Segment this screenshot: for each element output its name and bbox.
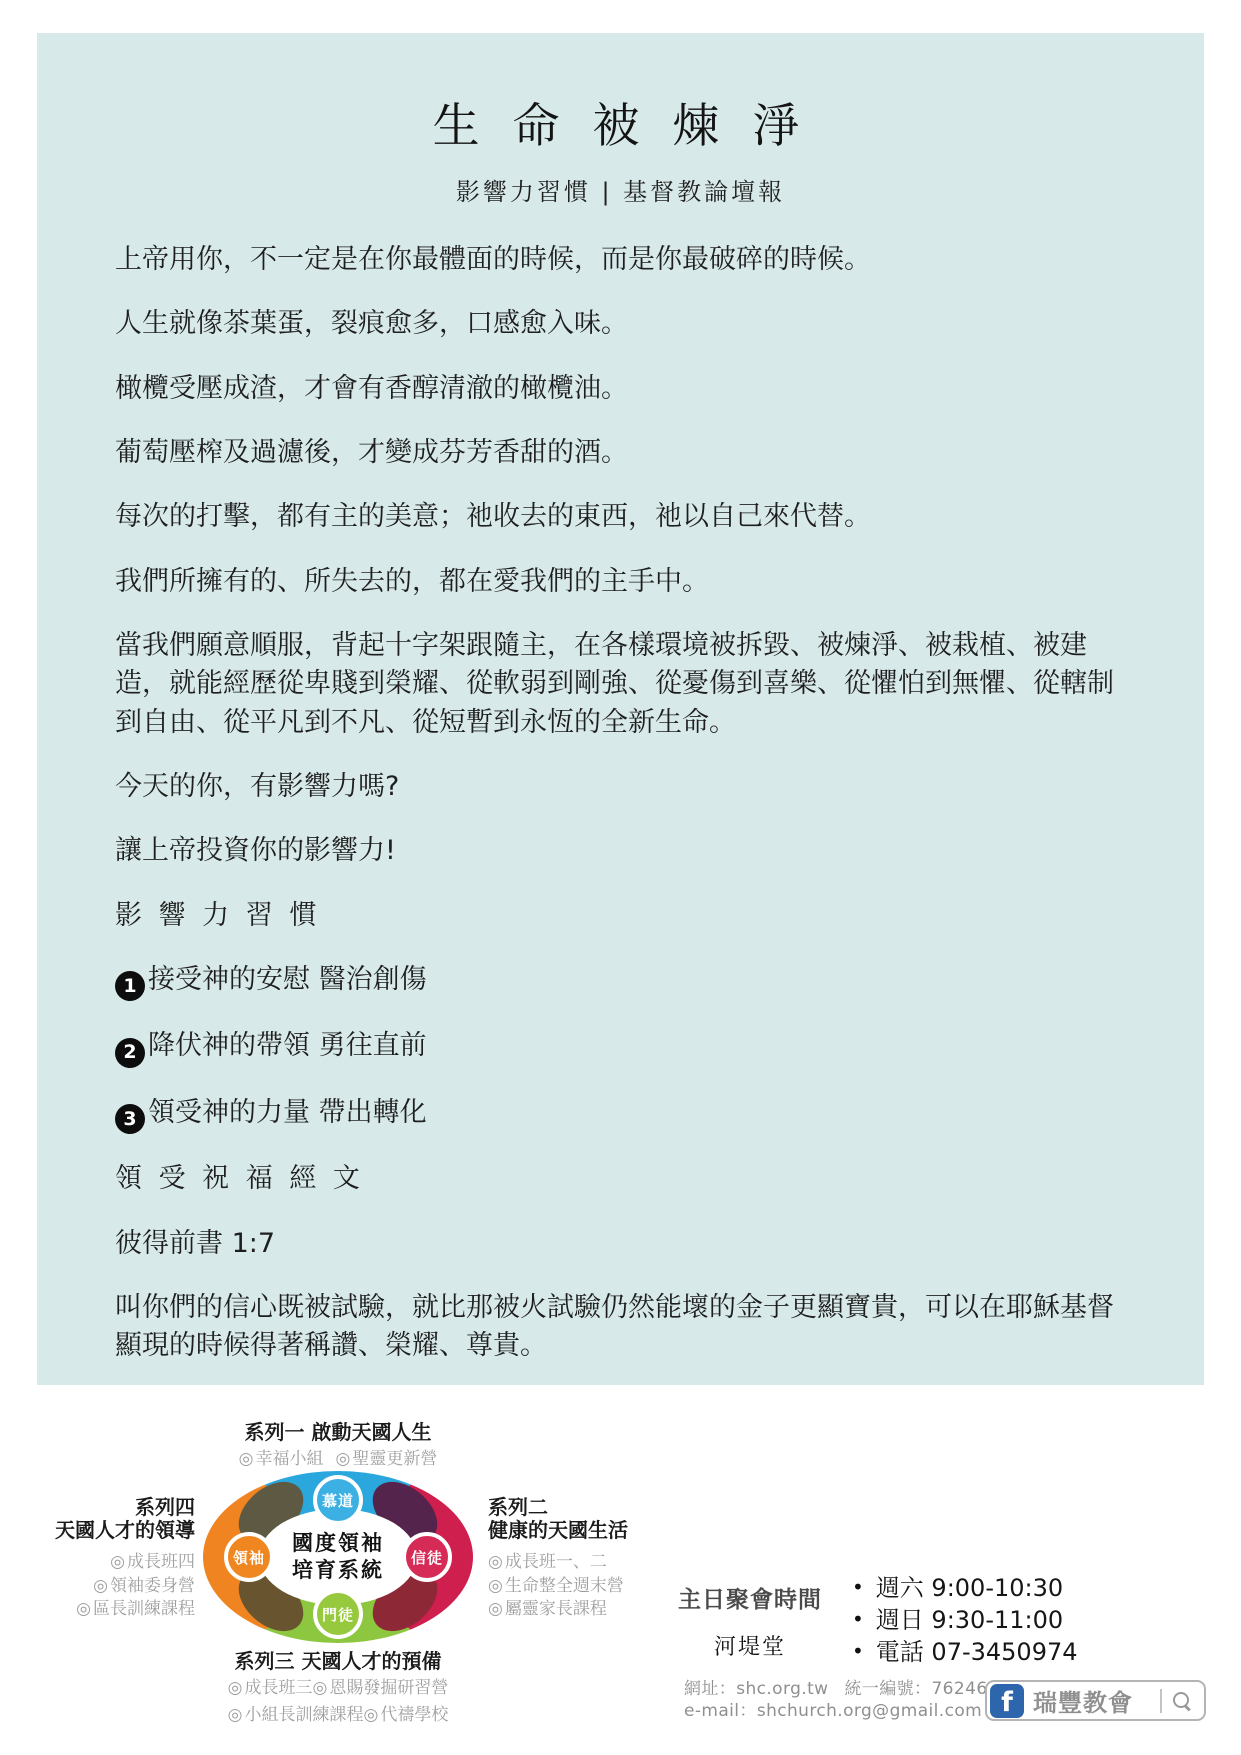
paragraph: 橄欖受壓成渣，才會有香醇清澈的橄欖油。 (115, 370, 1126, 408)
series-4-items: ◎成長班四 ◎領袖委身營 ◎區長訓練課程 (40, 1551, 195, 1622)
ring-center-title: 國度領袖培育系統 (292, 1530, 384, 1584)
series-item: 成長班三 (245, 1678, 313, 1698)
number-1-badge: 1 (115, 971, 145, 1001)
node-disciple: 門徒 (313, 1589, 363, 1639)
facebook-page-name: 瑞豐教會 (1033, 1683, 1133, 1718)
series-item: 屬靈家長課程 (505, 1599, 607, 1619)
paragraph: 每次的打擊，都有主的美意；祂收去的東西，祂以自己來代替。 (115, 498, 1126, 536)
number-3-badge: 3 (115, 1104, 145, 1134)
series-2-items: ◎成長班一、二 ◎生命整全週末營 ◎屬靈家長課程 (488, 1551, 668, 1622)
series-1-block: 系列一 啟動天國人生 ◎幸福小組◎聖靈更新營 (98, 1421, 578, 1471)
number-2-badge: 2 (115, 1038, 145, 1068)
paragraph: 人生就像茶葉蛋，裂痕愈多，口感愈入味。 (115, 305, 1126, 343)
service-time-item: •週日 9:30-11:00 (852, 1604, 1078, 1636)
service-heading: 主日聚會時間 (648, 1581, 852, 1614)
poster-subtitle: 影響力習慣 | 基督教論壇報 (37, 172, 1204, 207)
habit-text: 降伏神的帶領 勇往直前 (148, 1030, 427, 1061)
bullseye-icon: ◎ (239, 1449, 254, 1469)
bullseye-icon: ◎ (93, 1576, 108, 1596)
bullseye-icon: ◎ (228, 1678, 243, 1698)
series-item: 生命整全週末營 (505, 1576, 624, 1596)
search-icon (1173, 1692, 1190, 1709)
habits-heading: 影 響 力 習 慣 (115, 897, 1126, 935)
verse-text: 叫你們的信心既被試驗，就比那被火試驗仍然能壞的金子更顯寶貴，可以在耶穌基督顯現的… (115, 1289, 1126, 1366)
bullseye-icon: ◎ (364, 1705, 379, 1725)
paragraph: 當我們願意順服，背起十字架跟隨主，在各樣環境被拆毀、被煉淨、被栽植、被建造，就能… (115, 627, 1126, 742)
series-4-block: 系列四天國人才的領導 ◎成長班四 ◎領袖委身營 ◎區長訓練課程 (40, 1496, 195, 1622)
bullseye-icon: ◎ (488, 1552, 503, 1572)
series-item: 恩賜發掘研習營 (329, 1678, 448, 1698)
service-time-item: •電話 07-3450974 (852, 1636, 1078, 1668)
service-location: 河堤堂 (648, 1630, 852, 1661)
series-item: 成長班四 (127, 1552, 195, 1572)
series-2-title: 系列二健康的天國生活 (488, 1496, 668, 1542)
training-cycle-ring: 國度領袖培育系統 慕道 信徒 門徒 領袖 (203, 1471, 473, 1643)
series-4-title: 系列四天國人才的領導 (40, 1496, 195, 1542)
website-url: shc.org.tw (736, 1679, 828, 1699)
series-3-items: ◎小組長訓練課程◎代禱學校 (98, 1704, 578, 1727)
service-times-list: •週六 9:00-10:30 •週日 9:30-11:00 •電話 07-345… (852, 1572, 1078, 1668)
email-line: e-mail：shchurch.org@gmail.com (684, 1700, 1021, 1722)
series-2-block: 系列二健康的天國生活 ◎成長班一、二 ◎生命整全週末營 ◎屬靈家長課程 (488, 1496, 668, 1622)
bullseye-icon: ◎ (228, 1705, 243, 1725)
series-1-items: ◎幸福小組◎聖靈更新營 (98, 1448, 578, 1471)
divider (1160, 1689, 1162, 1713)
bullseye-icon: ◎ (313, 1678, 328, 1698)
bullet-icon: • (852, 1607, 864, 1631)
paragraph: 葡萄壓榨及過濾後，才變成芬芳香甜的酒。 (115, 434, 1126, 472)
bullseye-icon: ◎ (488, 1599, 503, 1619)
series-item: 區長訓練課程 (93, 1599, 195, 1619)
habit-item: 3領受神的力量 帶出轉化 (115, 1094, 1126, 1134)
node-seeker: 慕道 (313, 1475, 363, 1525)
bullet-icon: • (852, 1575, 864, 1599)
series-item: 小組長訓練課程 (245, 1705, 364, 1725)
bullet-icon: • (852, 1639, 864, 1663)
service-times-block: 主日聚會時間 河堤堂 (648, 1581, 852, 1661)
node-leader: 領袖 (224, 1532, 274, 1582)
habit-item: 1接受神的安慰 醫治創傷 (115, 961, 1126, 1001)
series-3-items: ◎成長班三◎恩賜發掘研習營 (98, 1677, 578, 1700)
series-item: 聖靈更新營 (352, 1449, 437, 1469)
email-address: shchurch.org@gmail.com (757, 1701, 982, 1721)
series-item: 成長班一、二 (505, 1552, 607, 1572)
habit-text: 領受神的力量 帶出轉化 (148, 1097, 427, 1128)
node-believer: 信徒 (402, 1532, 452, 1582)
habit-item: 2降伏神的帶領 勇往直前 (115, 1027, 1126, 1067)
verse-reference: 彼得前書 1:7 (115, 1225, 1126, 1263)
paragraph: 我們所擁有的、所失去的，都在愛我們的主手中。 (115, 563, 1126, 601)
blessing-heading: 領 受 祝 福 經 文 (115, 1160, 1126, 1198)
series-1-title: 系列一 啟動天國人生 (98, 1421, 578, 1444)
leadership-system-diagram: 系列一 啟動天國人生 ◎幸福小組◎聖靈更新營 系列四天國人才的領導 ◎成長班四 … (40, 1408, 660, 1753)
bullseye-icon: ◎ (336, 1449, 351, 1469)
paragraph: 上帝用你，不一定是在你最體面的時候，而是你最破碎的時候。 (115, 241, 1126, 279)
habit-text: 接受神的安慰 醫治創傷 (148, 964, 427, 995)
facebook-icon: f (990, 1684, 1024, 1718)
bullseye-icon: ◎ (76, 1599, 91, 1619)
series-3-title: 系列三 天國人才的預備 (98, 1650, 578, 1673)
series-3-block: 系列三 天國人才的預備 ◎成長班三◎恩賜發掘研習營 ◎小組長訓練課程◎代禱學校 (98, 1650, 578, 1727)
paragraph: 今天的你，有影響力嗎? (115, 768, 1126, 806)
paragraph: 讓上帝投資你的影響力! (115, 832, 1126, 870)
page-title: 生 命 被 煉 淨 (37, 33, 1204, 156)
bullseye-icon: ◎ (488, 1576, 503, 1596)
facebook-search-box: f 瑞豐教會 (985, 1680, 1206, 1721)
footer: 系列一 啟動天國人生 ◎幸福小組◎聖靈更新營 系列四天國人才的領導 ◎成長班四 … (0, 1385, 1241, 1755)
contact-info: 網址：shc.org.tw統一編號：76246150 e-mail：shchur… (684, 1678, 1021, 1722)
website-line: 網址：shc.org.tw統一編號：76246150 (684, 1678, 1021, 1700)
poster-body: 上帝用你，不一定是在你最體面的時候，而是你最破碎的時候。 人生就像茶葉蛋，裂痕愈… (37, 207, 1204, 1366)
devotional-panel: 生 命 被 煉 淨 影響力習慣 | 基督教論壇報 上帝用你，不一定是在你最體面的… (37, 33, 1204, 1385)
series-item: 幸福小組 (256, 1449, 324, 1469)
series-item: 代禱學校 (380, 1705, 448, 1725)
service-time-item: •週六 9:00-10:30 (852, 1572, 1078, 1604)
bullseye-icon: ◎ (110, 1552, 125, 1572)
series-item: 領袖委身營 (110, 1576, 195, 1596)
